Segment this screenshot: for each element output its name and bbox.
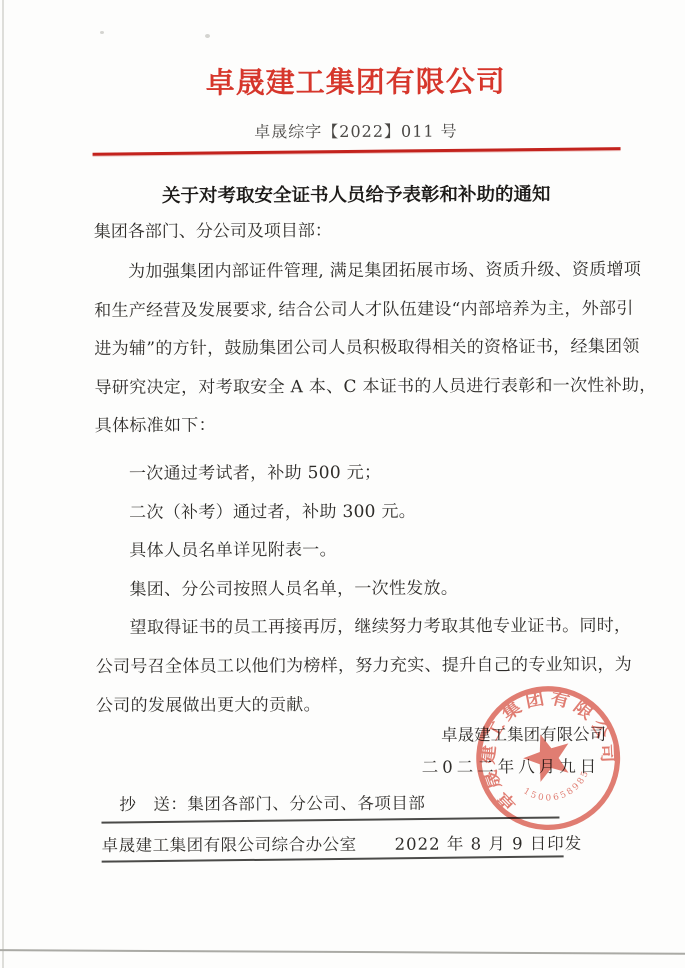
body-line: 进为辅”的方针，鼓励集团公司人员积极取得相关的资格证书，经集团领 <box>94 328 624 369</box>
letterhead-company-title: 卓晟建工集团有限公司 <box>83 59 628 102</box>
issuing-office: 卓晟建工集团有限公司综合办公室 <box>102 831 357 856</box>
footer-divider-bottom <box>102 855 564 862</box>
body-line: 具体标准如下： <box>95 405 625 446</box>
document-content: 卓晟建工集团有限公司 卓晟综字【2022】011 号 关于对考取安全证书人员给予… <box>0 0 685 968</box>
seal-star-icon <box>518 727 577 785</box>
body-line: 导研究决定，对考取安全 A 本、C 本证书的人员进行表彰和一次性补助， <box>94 367 624 408</box>
copy-to-label: 抄 送： <box>119 795 187 814</box>
body-line: 望取得证书的员工再接再厉，继续努力考取其他专业证书。同时， <box>96 607 626 648</box>
body-line: 和生产经营及发展要求, 结合公司人才队伍建设“内部培养为主，外部引 <box>94 289 624 330</box>
notice-body: 为加强集团内部证件管理, 满足集团拓展市场、资质升级、资质增项 和生产经营及发展… <box>94 251 626 725</box>
body-line: 为加强集团内部证件管理, 满足集团拓展市场、资质升级、资质增项 <box>94 251 624 292</box>
body-line-subsidy-300: 二次（补考）通过者，补助 300 元。 <box>95 491 625 532</box>
document-number: 卓晟综字【2022】011 号 <box>83 118 628 143</box>
seal-serial-number: 1500658985 <box>519 765 597 813</box>
salutation-line: 集团各部门、分公司及项目部： <box>94 215 624 242</box>
svg-text:1500658985: 1500658985 <box>519 765 597 813</box>
notice-title: 关于对考取安全证书人员给予表彰和补助的通知 <box>84 180 629 208</box>
copy-to-value: 集团各部门、分公司、各项目部 <box>187 794 425 814</box>
scanned-document-page: 卓晟建工集团有限公司 卓晟综字【2022】011 号 关于对考取安全证书人员给予… <box>0 0 685 968</box>
body-line: 集团、分公司按照人员名单，一次性发放。 <box>95 569 625 610</box>
body-line: 具体人员名单详见附表一。 <box>95 530 625 571</box>
body-line-subsidy-500: 一次通过考试者，补助 500 元； <box>95 453 625 494</box>
letterhead-red-rule <box>93 147 621 156</box>
